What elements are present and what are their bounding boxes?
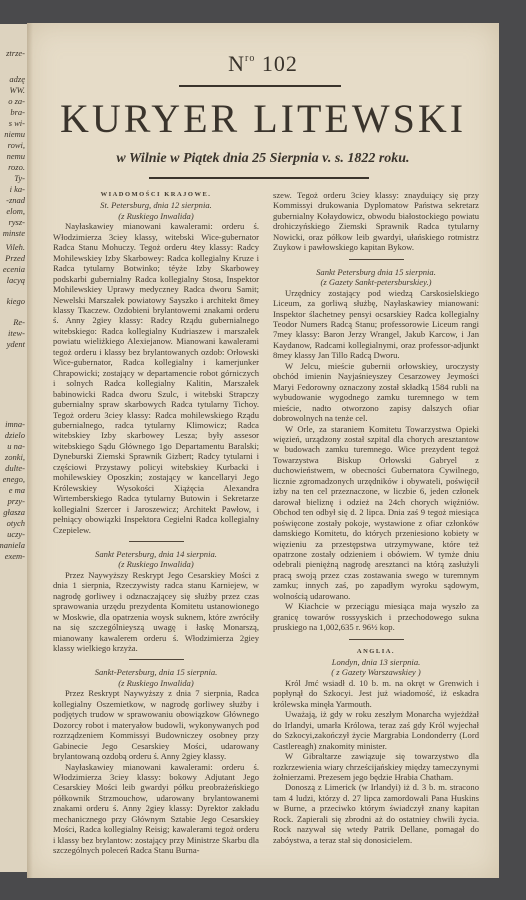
margin-text-fragment: ecenia <box>3 264 25 274</box>
article-paragraph: szew. Tegoż orderu 3ciey klassy: znaydui… <box>273 190 479 253</box>
margin-text-fragment: minste <box>3 228 25 238</box>
margin-text-fragment: dulte- <box>5 463 25 473</box>
article-dateline: Sankt Petersburg, dnia 14 sierpnia. <box>53 549 259 559</box>
article-paragraph: Przez Reskrypt Naywyższy z dnia 7 sierpn… <box>53 688 259 761</box>
margin-text-fragment: WW. <box>9 85 25 95</box>
article-paragraph: Król Jmć wsiadł d. 10 b. m. na okręt w G… <box>273 678 479 709</box>
article-paragraph: Nayłaskawiey mianowani kawalerami: order… <box>53 762 259 856</box>
issue-number: Nro 102 <box>27 51 499 77</box>
article-dateline: St. Petersburg, dnia 12 sierpnia. <box>53 200 259 210</box>
margin-text-fragment: bra- <box>10 107 25 117</box>
newspaper-page: Nro 102 KURYER LITEWSKI w Wilnie w Piąte… <box>27 23 499 878</box>
article-source: (z Ruskiego Inwalida) <box>53 678 259 688</box>
newspaper-title: KURYER LITEWSKI <box>27 95 499 142</box>
margin-text-fragment: imna- <box>5 419 25 429</box>
left-column: WIADOMOŚCI KRAJOWE. St. Petersburg, dnia… <box>53 190 259 856</box>
margin-text-fragment: lacyą <box>7 275 25 285</box>
margin-text-fragment: nemu <box>7 151 25 161</box>
article-source: (z Ruskiego Inwalida) <box>53 559 259 569</box>
margin-text-fragment: dzielo <box>5 430 25 440</box>
margin-text-fragment: o za- <box>8 96 25 106</box>
article-separator <box>129 541 184 542</box>
margin-text-fragment: przy- <box>8 496 25 506</box>
article-paragraph: Donoszą z Limerick (w Irlandyi) iż d. 3 … <box>273 782 479 845</box>
margin-text-fragment: -znad <box>6 195 25 205</box>
margin-text-fragment: Ty- <box>14 173 25 183</box>
article-source: (z Ruskiego Inwalida) <box>53 211 259 221</box>
article-paragraph: Nayłaskawiey mianowani kawalerami: order… <box>53 221 259 535</box>
section-heading: WIADOMOŚCI KRAJOWE. <box>53 190 259 200</box>
article-dateline: Sankt Petersburg dnia 15 sierpnia. <box>273 267 479 277</box>
article-paragraph: W Jelcu, mieście gubernii orłowskiey, ur… <box>273 361 479 424</box>
article-paragraph: Uważają, iż gdy w roku zeszłym Monarcha … <box>273 709 479 751</box>
margin-text-fragment: u na- <box>7 441 25 451</box>
article-dateline: Londyn, dnia 13 sierpnia. <box>273 657 479 667</box>
margin-text-fragment: uczy- <box>7 529 25 539</box>
article-separator <box>129 659 184 660</box>
margin-text-fragment: s wi- <box>9 118 25 128</box>
issue-dateline: w Wilnie w Piątek dnia 25 Sierpnia v. s.… <box>27 151 499 167</box>
margin-text-fragment: zonki, <box>5 452 25 462</box>
article-separator <box>349 259 404 260</box>
margin-text-fragment: exem- <box>5 551 25 561</box>
article-paragraph: Przez Naywyższy Reskrypt Jego Cesarskiey… <box>53 570 259 654</box>
margin-text-fragment: otych <box>7 518 25 528</box>
article-paragraph: W Gibraltarze zawiązuje się towarzystwo … <box>273 751 479 782</box>
margin-text-fragment: niemu <box>4 129 25 139</box>
article-dateline: Sankt-Petersburg, dnia 15 sierpnia. <box>53 667 259 677</box>
masthead-rule-top <box>179 85 341 87</box>
margin-text-fragment: rowi, <box>8 140 25 150</box>
margin-text-fragment: ydent <box>7 339 25 349</box>
margin-text-fragment: elom, <box>6 206 25 216</box>
previous-page-edge: ztrze-adzęWW.o za-bra-s wi-niemurowi,nem… <box>0 24 28 872</box>
section-heading: ANGLIA. <box>273 647 479 657</box>
margin-text-fragment: adzę <box>9 74 25 84</box>
article-source: (z Gazety Sankt-petersburskiey.) <box>273 277 479 287</box>
article-paragraph: Urzędnicy zostający pod wiedzą Carskosie… <box>273 288 479 361</box>
article-separator <box>349 639 404 640</box>
margin-text-fragment: Vileh. <box>6 242 25 252</box>
margin-text-fragment: rysz- <box>8 217 25 227</box>
margin-text-fragment: itew- <box>8 328 25 338</box>
margin-text-fragment: Przed <box>5 253 25 263</box>
article-paragraph: W Orle, za staraniem Komitetu Towarzystw… <box>273 424 479 602</box>
margin-text-fragment: i ka- <box>10 184 25 194</box>
margin-text-fragment: enego, <box>3 474 25 484</box>
margin-text-fragment: maniela <box>0 540 25 550</box>
article-paragraph: W Kiachcie w przeciągu miesiąca maja wys… <box>273 601 479 632</box>
margin-text-fragment: ztrze- <box>6 48 25 58</box>
margin-text-fragment: głasza <box>3 507 25 517</box>
margin-text-fragment: Re- <box>13 317 25 327</box>
article-source: ( z Gazety Warszawskiey ) <box>273 667 479 677</box>
margin-text-fragment: rozo. <box>8 162 25 172</box>
masthead-rule-bottom <box>149 177 369 179</box>
right-column: szew. Tegoż orderu 3ciey klassy: znaydui… <box>273 190 479 845</box>
margin-text-fragment: kiego <box>7 296 25 306</box>
margin-text-fragment: e ma <box>9 485 25 495</box>
